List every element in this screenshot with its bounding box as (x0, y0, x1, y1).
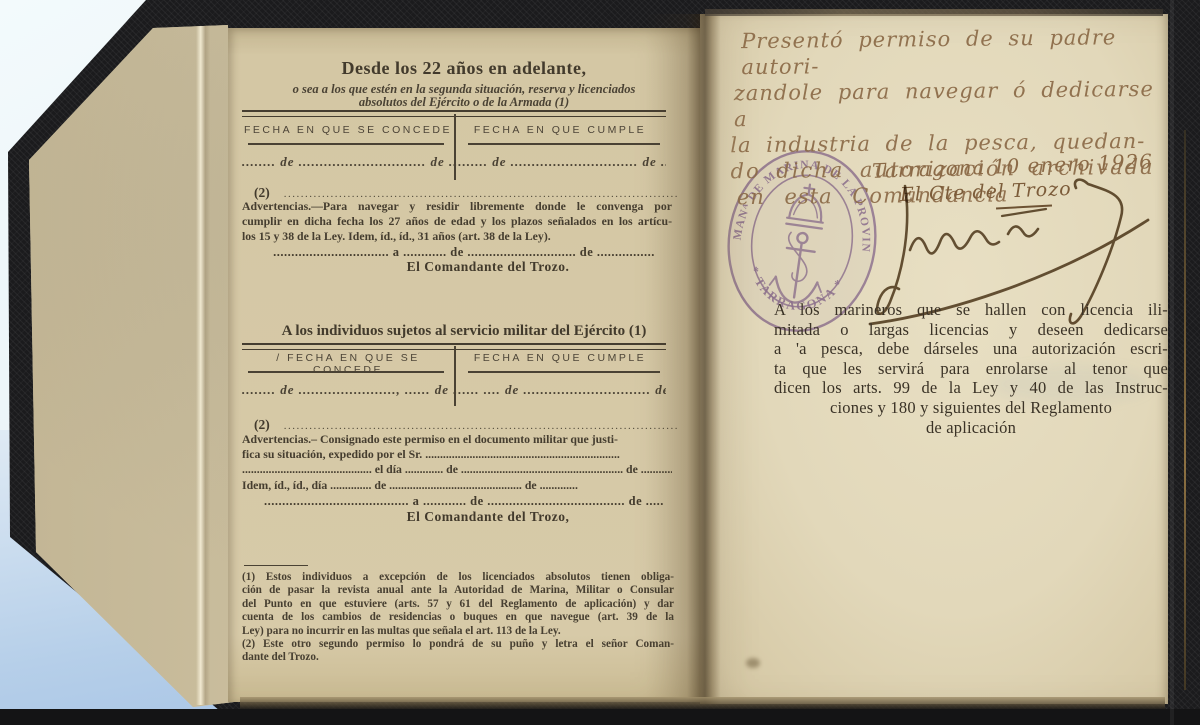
cover-edge-sheen (1170, 0, 1174, 725)
blank-date-row-concede: ........ de ............................… (242, 154, 454, 170)
page-stack-bottom-edge (240, 697, 1165, 709)
date-table-adult: FECHA EN QUE SE CONCEDE FECHA EN QUE CUM… (242, 114, 666, 180)
scanned-booklet: Desde los 22 años en adelante, o sea a l… (0, 0, 1200, 725)
date-fill-line-military: ........................................… (264, 494, 664, 509)
advertencias-line: los 15 y 38 de la Ley. Idem, íd., íd., 3… (242, 229, 672, 244)
page-stack-top-edge (705, 9, 1163, 16)
blank-date-row-concede: ........ de ......................., ...… (242, 382, 454, 398)
blank-date-row-cumple: ...... .... de .........................… (454, 382, 666, 398)
blank-date-row-cumple: ........ de ............................… (454, 154, 666, 170)
footnote-rule (244, 565, 308, 566)
left-page: Desde los 22 años en adelante, o sea a l… (228, 28, 700, 702)
advertencias-line: ........................................… (242, 462, 672, 477)
comandante-signature-line-adult: El Comandante del Trozo. (348, 259, 628, 275)
note-label: (2) (254, 417, 270, 433)
advertencias-line: cumplir en dicha fecha los 27 años de ed… (242, 214, 672, 229)
printed-line: a 'a pesca, debe dárseles una autorizaci… (774, 339, 1168, 359)
printed-line: ta que les servirá para enrolarse al ten… (774, 359, 1168, 379)
paper-stain (746, 658, 760, 668)
printed-line: A los marineros que se hallen con licenc… (774, 300, 1168, 320)
handwriting-line: zandole para navegar ó dedicarse a (734, 76, 1163, 132)
header-underline (468, 143, 660, 145)
printed-line: mitada o largas licencias y deseen dedic… (774, 320, 1168, 340)
footnote-line: ción de pasar la revista anual ante la A… (242, 584, 674, 597)
advertencias-line: Advertencias.—Para navegar y residir lib… (242, 199, 672, 214)
footnote-line: Ley) para no incurrir en las multas que … (242, 625, 674, 638)
header-underline (248, 371, 444, 373)
footnote-line: cuenta de los cambios de residencias o b… (242, 611, 674, 624)
footnote-line: (2) Este otro segundo permiso lo pondrá … (242, 638, 674, 651)
column-header-concede: FECHA EN QUE SE CONCEDE (242, 124, 454, 136)
advertencias-line: Advertencias.– Consignado este permiso e… (242, 432, 672, 447)
printed-line: dicen los arts. 99 de la Ley y 40 de las… (774, 378, 1168, 398)
date-fill-line-adult: ................................ a .....… (264, 245, 664, 260)
note-leader: ........................................… (284, 420, 678, 432)
advertencias-adult: Advertencias.—Para navegar y residir lib… (242, 199, 672, 245)
printed-line: ciones y 180 y siguientes del Reglamento (774, 398, 1168, 418)
advertencias-line: fica su situación, expedido por el Sr. .… (242, 447, 672, 462)
printed-instruction-paragraph: A los marineros que se hallen con licenc… (774, 300, 1168, 437)
note-2-line: (2) ....................................… (254, 417, 678, 433)
footnote-line: dante del Trozo. (242, 651, 674, 664)
section-adult-subtitle-2: absolutos del Ejército o de la Armada (1… (228, 95, 700, 110)
footnote-line: del Punto en que estuviere (arts. 57 y 6… (242, 598, 674, 611)
footnotes: (1) Estos individuos a excepción de los … (242, 571, 674, 665)
column-header-cumple: FECHA EN QUE CUMPLE (454, 124, 666, 136)
advertencias-military: Advertencias.– Consignado este permiso e… (242, 432, 672, 493)
footnote-line: (1) Estos individuos a excepción de los … (242, 571, 674, 584)
comandante-signature-line-military: El Comandante del Trozo, (348, 509, 628, 525)
section-military-title: A los individuos sujetos al servicio mil… (228, 323, 700, 340)
book-cover-bottom-edge (0, 709, 1200, 725)
printed-line: de aplicación (774, 418, 1168, 438)
handwriting-line: Presentó permiso de su padre autori- (741, 24, 1162, 80)
header-underline (468, 371, 660, 373)
date-table-military: / FECHA EN QUE SE CONCEDE FECHA EN QUE C… (242, 346, 666, 406)
advertencias-line: Idem, íd., íd., día .............. de ..… (242, 478, 672, 493)
header-underline (248, 143, 444, 145)
right-page: COMANᴬ DE MARINA DE LA PROVINCIA * TARRA… (700, 14, 1168, 704)
section-adult-title: Desde los 22 años en adelante, (228, 58, 700, 79)
cover-gold-accent (1184, 130, 1186, 690)
